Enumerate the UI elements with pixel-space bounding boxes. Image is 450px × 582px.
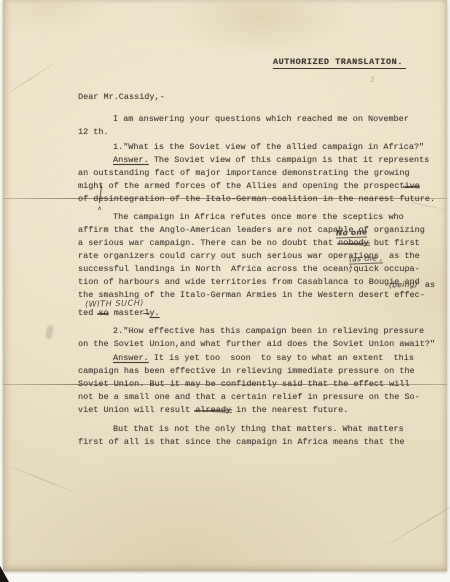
typed-line: not be a small one and that a certain re… (78, 392, 420, 403)
answer-label: Answer. (113, 353, 149, 363)
typed-text: might of the armed forces of the Allies … (78, 181, 404, 191)
struck-text: already (195, 405, 231, 415)
handwritten-no-one: No one (336, 228, 368, 238)
margin-pencil-smudge (45, 324, 54, 339)
typed-line: successful landings in North Africa acro… (78, 264, 420, 275)
salutation: Dear Mr.Cassidy,- (78, 92, 165, 103)
typed-line: of de∧sintegration of the Italo-German c… (78, 194, 435, 205)
typed-line: a serious war campaign. There can be no … (78, 238, 420, 249)
typed-text: but first (369, 238, 420, 248)
handwritten-as-the: (as the , (349, 254, 383, 264)
caret-mark: ∧ (97, 203, 101, 214)
authorized-translation-stamp: AUTHORIZED TRANSLATION. (273, 57, 406, 69)
typed-text: successful landings in North Africa acro… (78, 264, 353, 274)
question-1-line: 1."What is the Soviet view of the allied… (113, 142, 424, 153)
corrected-letter: e∧ (98, 194, 103, 205)
diagonal-crease (372, 487, 450, 555)
typed-line: first of all is that since the campaign … (78, 437, 404, 448)
answer-2-line: Answer. It is yet too soon to say to wha… (113, 353, 414, 364)
fold-crease-bottom (3, 384, 447, 385)
typed-text: y. (149, 308, 159, 318)
typed-line: affirm that the Anglo-American leaders a… (78, 225, 425, 236)
typed-text: in the nearest future. (231, 405, 348, 415)
caret-mark: ∧ (348, 262, 352, 273)
fold-crease-top (3, 198, 447, 199)
question-2-line: 2."How effective has this campaign been … (113, 326, 424, 337)
struck-text: nobody (338, 238, 369, 248)
typed-line: an outstanding fact of major importance … (78, 168, 410, 179)
letter-page: AUTHORIZED TRANSLATION. 2 Dear Mr.Cassid… (3, 0, 447, 571)
typed-line: ted so masterly. (78, 308, 160, 319)
typed-text: quick occupa- (353, 264, 419, 274)
typed-text: tion of harbours and wide territories fr… (78, 277, 425, 287)
insertion-point: effec-(being) (389, 290, 425, 301)
typed-line: tion of harbours and wide territories fr… (78, 277, 435, 288)
typed-text: viet Union will result (78, 405, 195, 415)
scan-corner-artifact (0, 566, 9, 582)
typed-line: I am answering your questions which reac… (113, 114, 409, 125)
typed-text: master (109, 308, 145, 318)
corrected-word: nobodyNo one (338, 238, 369, 249)
typed-text: The Soviet view of this campaign is that… (149, 155, 430, 165)
typed-text: effec- (389, 290, 425, 300)
insertion-point: quick occupa-(as the ,∧ (353, 264, 419, 275)
typed-line: 12 th. (78, 127, 109, 138)
struck-text: so (98, 308, 108, 318)
typed-line: on the Soviet Union,and what further aid… (78, 339, 435, 350)
pencil-smudge-mark: 2 (369, 76, 375, 85)
typed-line: viet Union will result already in the ne… (78, 405, 348, 416)
diagonal-crease (0, 461, 82, 496)
answer-label: Answer. (113, 155, 149, 165)
typed-text: It is yet too soon to say to what an ext… (149, 353, 414, 363)
struck-text: ive (404, 181, 419, 191)
diagonal-crease (0, 56, 65, 100)
typed-line: The campaign in Africa refutes once more… (113, 212, 404, 223)
typed-text: ted (78, 308, 98, 318)
struck-letter: l (144, 308, 149, 318)
answer-1-line: Answer. The Soviet view of this campaign… (113, 155, 429, 166)
typed-line: campaign has been effective in relieving… (78, 366, 415, 377)
scanned-letter-screenshot: { "document": { "stamp": "AUTHORIZED TRA… (0, 0, 450, 582)
typed-text: a serious war campaign. There can be no … (78, 238, 338, 248)
typed-text-lowered: as (425, 280, 435, 290)
typed-line: But that is not the only thing that matt… (113, 424, 404, 435)
handwritten-being: (being) (389, 280, 418, 289)
typed-line: might of the armed forces of the Allies … (78, 181, 420, 192)
